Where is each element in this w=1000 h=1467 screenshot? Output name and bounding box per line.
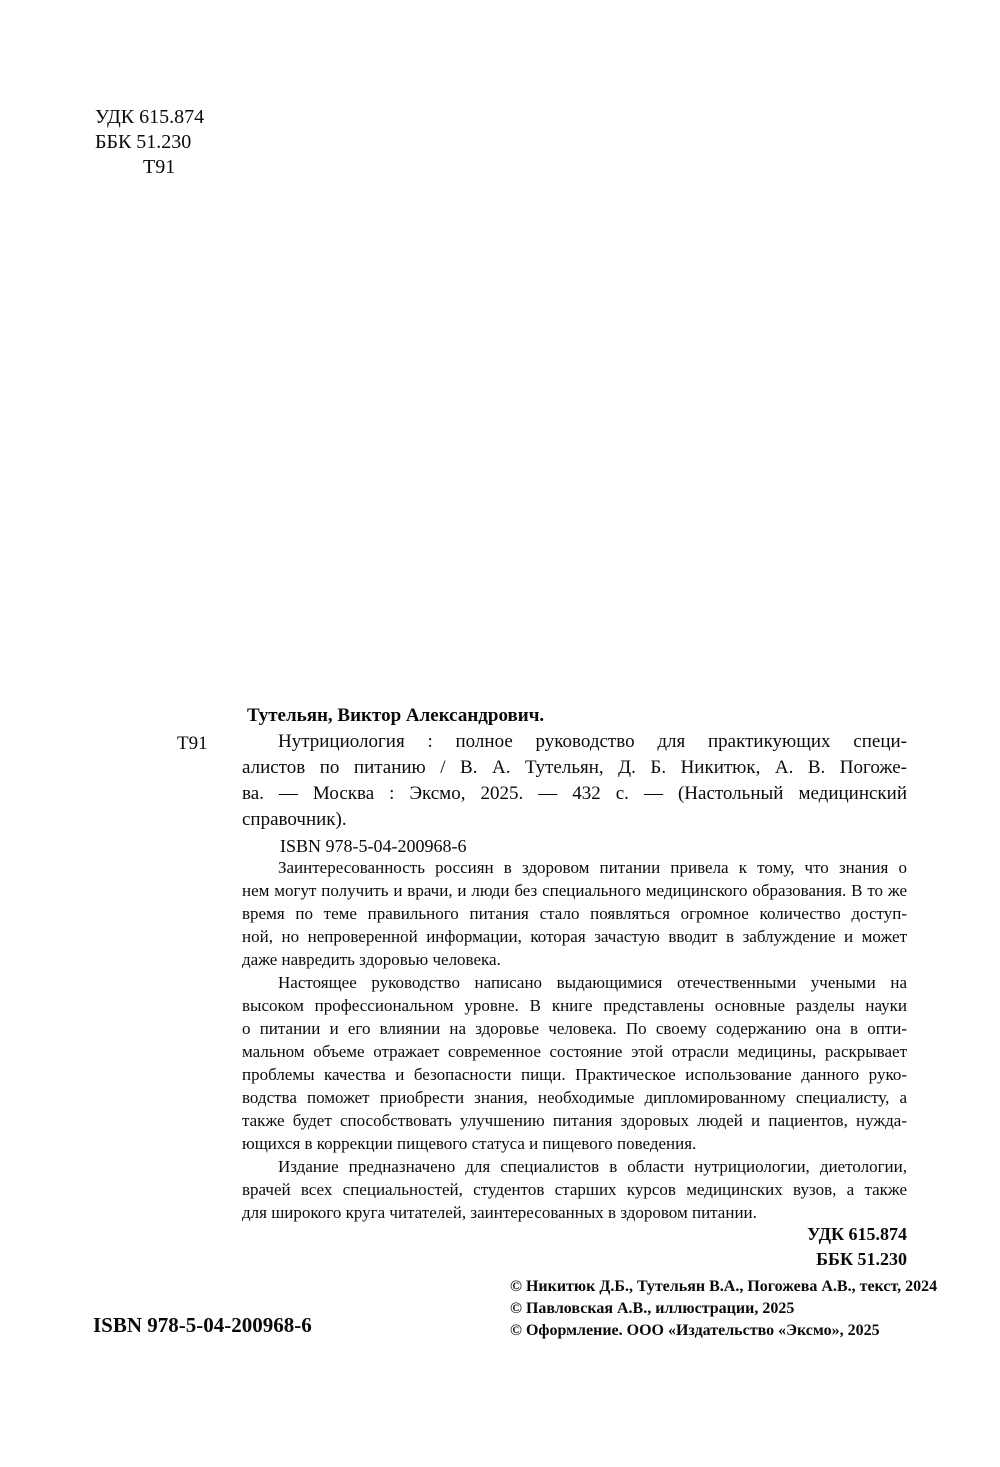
book-imprint-page: УДК 615.874 ББК 51.230 Т91 Т91 Тутельян,… xyxy=(0,0,1000,1467)
bib-line: Нутрициология : полное руководство для п… xyxy=(242,729,907,755)
udk-code-bottom: УДК 615.874 xyxy=(807,1222,907,1247)
annotation-line: нем могут получить и врачи, и люди без с… xyxy=(242,879,907,902)
annotation-line: высоком профессиональном уровне. В книге… xyxy=(242,994,907,1017)
classification-block-bottom: УДК 615.874 ББК 51.230 xyxy=(807,1222,907,1272)
annotation-text: Заинтересованность россиян в здоровом пи… xyxy=(242,856,907,1224)
copyright-line: © Оформление. ООО «Издательство «Эксмо»,… xyxy=(510,1320,937,1342)
udk-code-top: УДК 615.874 xyxy=(95,105,204,130)
annotation-line: врачей всех специальностей, студентов ст… xyxy=(242,1178,907,1201)
annotation-line: время по теме правильного питания стало … xyxy=(242,902,907,925)
author-sign-margin: Т91 xyxy=(177,731,208,757)
annotation-paragraph: Издание предназначено для специалистов в… xyxy=(242,1155,907,1224)
copyright-block: © Никитюк Д.Б., Тутельян В.А., Погожева … xyxy=(510,1276,937,1342)
annotation-line: проблемы качества и безопасности пищи. П… xyxy=(242,1063,907,1086)
bibliographic-entry: Тутельян, Виктор Александрович. Нутрицио… xyxy=(242,703,907,833)
annotation-line: также будет способствовать улучшению пит… xyxy=(242,1109,907,1132)
bbk-code-top: ББК 51.230 xyxy=(95,130,204,155)
bib-author: Тутельян, Виктор Александрович. xyxy=(242,703,907,729)
annotation-paragraph: Настоящее руководство написано выдающими… xyxy=(242,971,907,1155)
annotation-line: Настоящее руководство написано выдающими… xyxy=(242,971,907,994)
annotation-line: водства поможет приобрести знания, необх… xyxy=(242,1086,907,1109)
annotation-paragraph: Заинтересованность россиян в здоровом пи… xyxy=(242,856,907,971)
bib-line: алистов по питанию / В. А. Тутельян, Д. … xyxy=(242,755,907,781)
copyright-line: © Никитюк Д.Б., Тутельян В.А., Погожева … xyxy=(510,1276,937,1298)
annotation-line: даже навредить здоровью человека. xyxy=(242,948,907,971)
annotation-line: Издание предназначено для специалистов в… xyxy=(242,1155,907,1178)
classification-block-top: УДК 615.874 ББК 51.230 Т91 xyxy=(95,105,204,180)
annotation-line: мальном объеме отражает современное сост… xyxy=(242,1040,907,1063)
copyright-line: © Павловская А.В., иллюстрации, 2025 xyxy=(510,1298,937,1320)
annotation-line: ющихся в коррекции пищевого статуса и пи… xyxy=(242,1132,907,1155)
isbn-footer: ISBN 978-5-04-200968-6 xyxy=(93,1313,312,1338)
isbn-entry: ISBN 978-5-04-200968-6 xyxy=(280,834,467,858)
annotation-line: ной, но непроверенной информации, котора… xyxy=(242,925,907,948)
annotation-line: о питании и его влиянии на здоровье чело… xyxy=(242,1017,907,1040)
annotation-line: для широкого круга читателей, заинтересо… xyxy=(242,1201,907,1224)
annotation-line: Заинтересованность россиян в здоровом пи… xyxy=(242,856,907,879)
bib-line: справочник). xyxy=(242,807,907,833)
bib-line: ва. — Москва : Эксмо, 2025. — 432 с. — (… xyxy=(242,781,907,807)
author-sign-top: Т91 xyxy=(95,155,204,180)
bbk-code-bottom: ББК 51.230 xyxy=(807,1247,907,1272)
